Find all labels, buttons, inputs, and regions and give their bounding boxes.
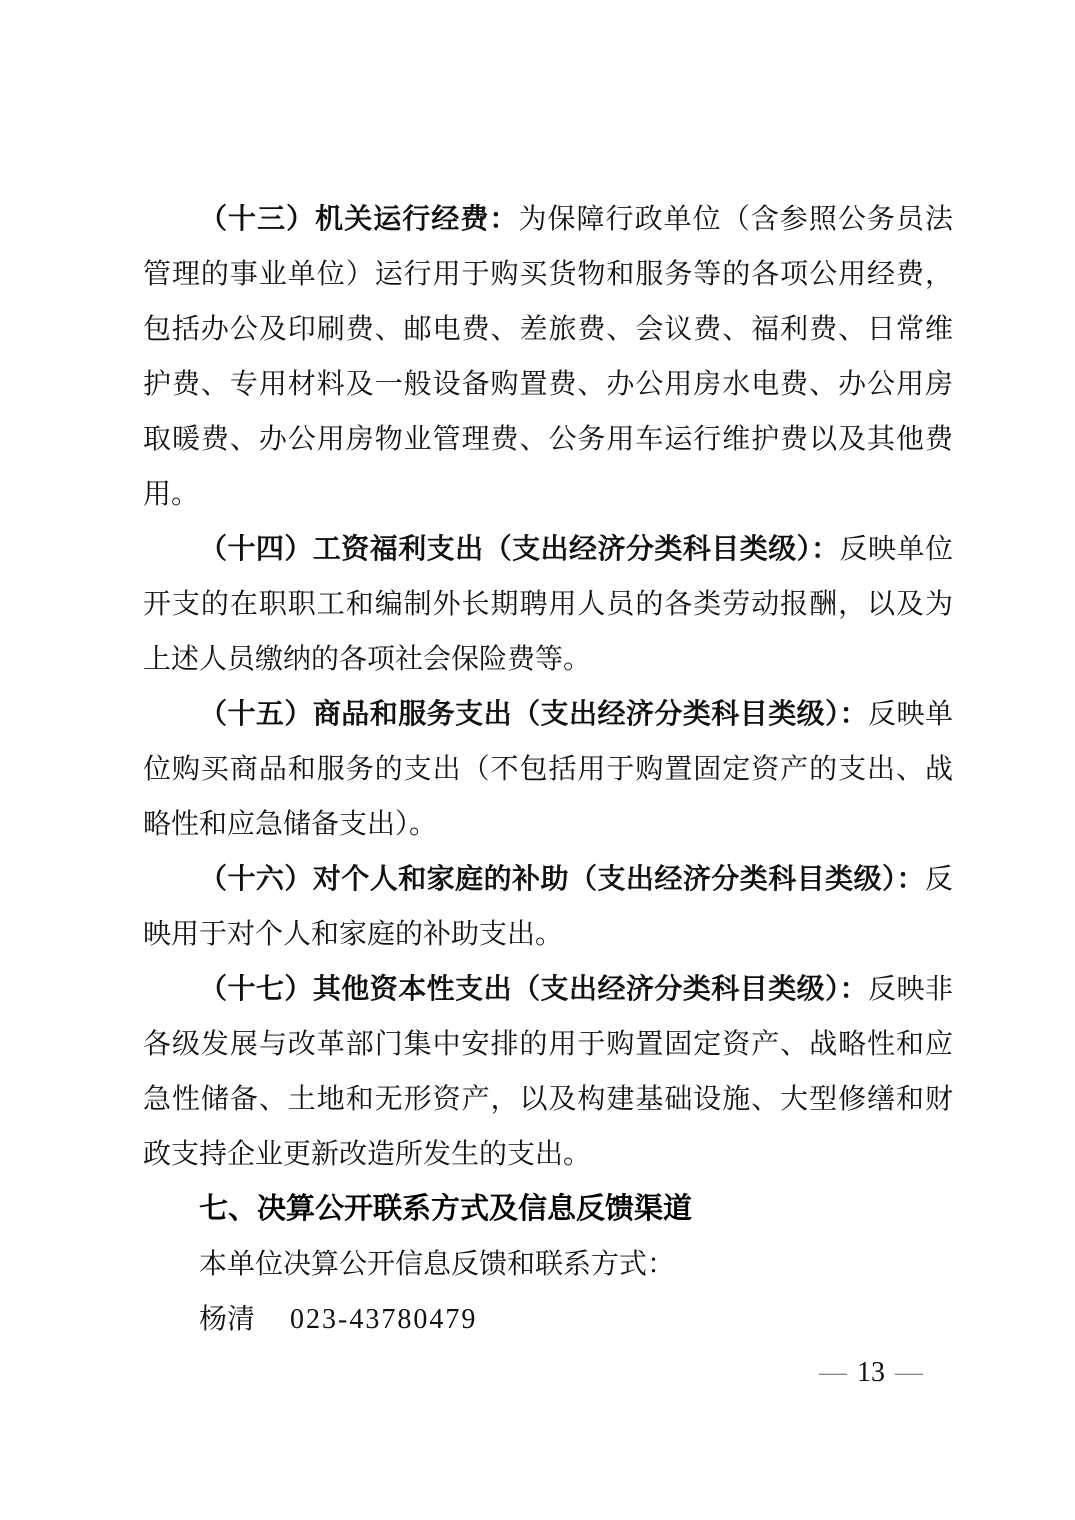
document-page: （十三）机关运行经费：为保障行政单位（含参照公务员法管理的事业单位）运行用于购买… xyxy=(0,0,1075,1520)
paragraph-item-17: （十七）其他资本性支出（支出经济分类科目类级）：反映非各级发展与改革部门集中安排… xyxy=(143,962,953,1182)
paragraph-lead: （十六）对个人和家庭的补助（支出经济分类科目类级）： xyxy=(199,864,925,895)
paragraph-body: 为保障行政单位（含参照公务员法管理的事业单位）运行用于购买货物和服务等的各项公用… xyxy=(143,204,953,510)
page-content: （十三）机关运行经费：为保障行政单位（含参照公务员法管理的事业单位）运行用于购买… xyxy=(143,192,953,1347)
contact-name: 杨清 xyxy=(199,1304,255,1335)
paragraph-lead: （十五）商品和服务支出（支出经济分类科目类级）： xyxy=(199,699,868,730)
page-number-dash-right: — xyxy=(895,1357,923,1388)
contact-intro: 本单位决算公开信息反馈和联系方式： xyxy=(143,1237,953,1292)
paragraph-lead: （十四）工资福利支出（支出经济分类科目类级）： xyxy=(199,534,840,565)
page-number: 13 xyxy=(857,1357,885,1388)
paragraph-item-16: （十六）对个人和家庭的补助（支出经济分类科目类级）：反映用于对个人和家庭的补助支… xyxy=(143,852,953,962)
contact-phone: 023-43780479 xyxy=(290,1304,477,1335)
paragraph-item-13: （十三）机关运行经费：为保障行政单位（含参照公务员法管理的事业单位）运行用于购买… xyxy=(143,192,953,522)
page-footer: —13— xyxy=(819,1356,923,1390)
contact-line: 杨清023-43780479 xyxy=(143,1292,953,1347)
paragraph-item-15: （十五）商品和服务支出（支出经济分类科目类级）：反映单位购买商品和服务的支出（不… xyxy=(143,687,953,852)
section-heading: 七、决算公开联系方式及信息反馈渠道 xyxy=(143,1182,953,1237)
paragraph-item-14: （十四）工资福利支出（支出经济分类科目类级）：反映单位开支的在职职工和编制外长期… xyxy=(143,522,953,687)
page-number-dash-left: — xyxy=(819,1357,847,1388)
paragraph-lead: （十三）机关运行经费： xyxy=(199,204,518,235)
paragraph-lead: （十七）其他资本性支出（支出经济分类科目类级）： xyxy=(199,974,868,1005)
